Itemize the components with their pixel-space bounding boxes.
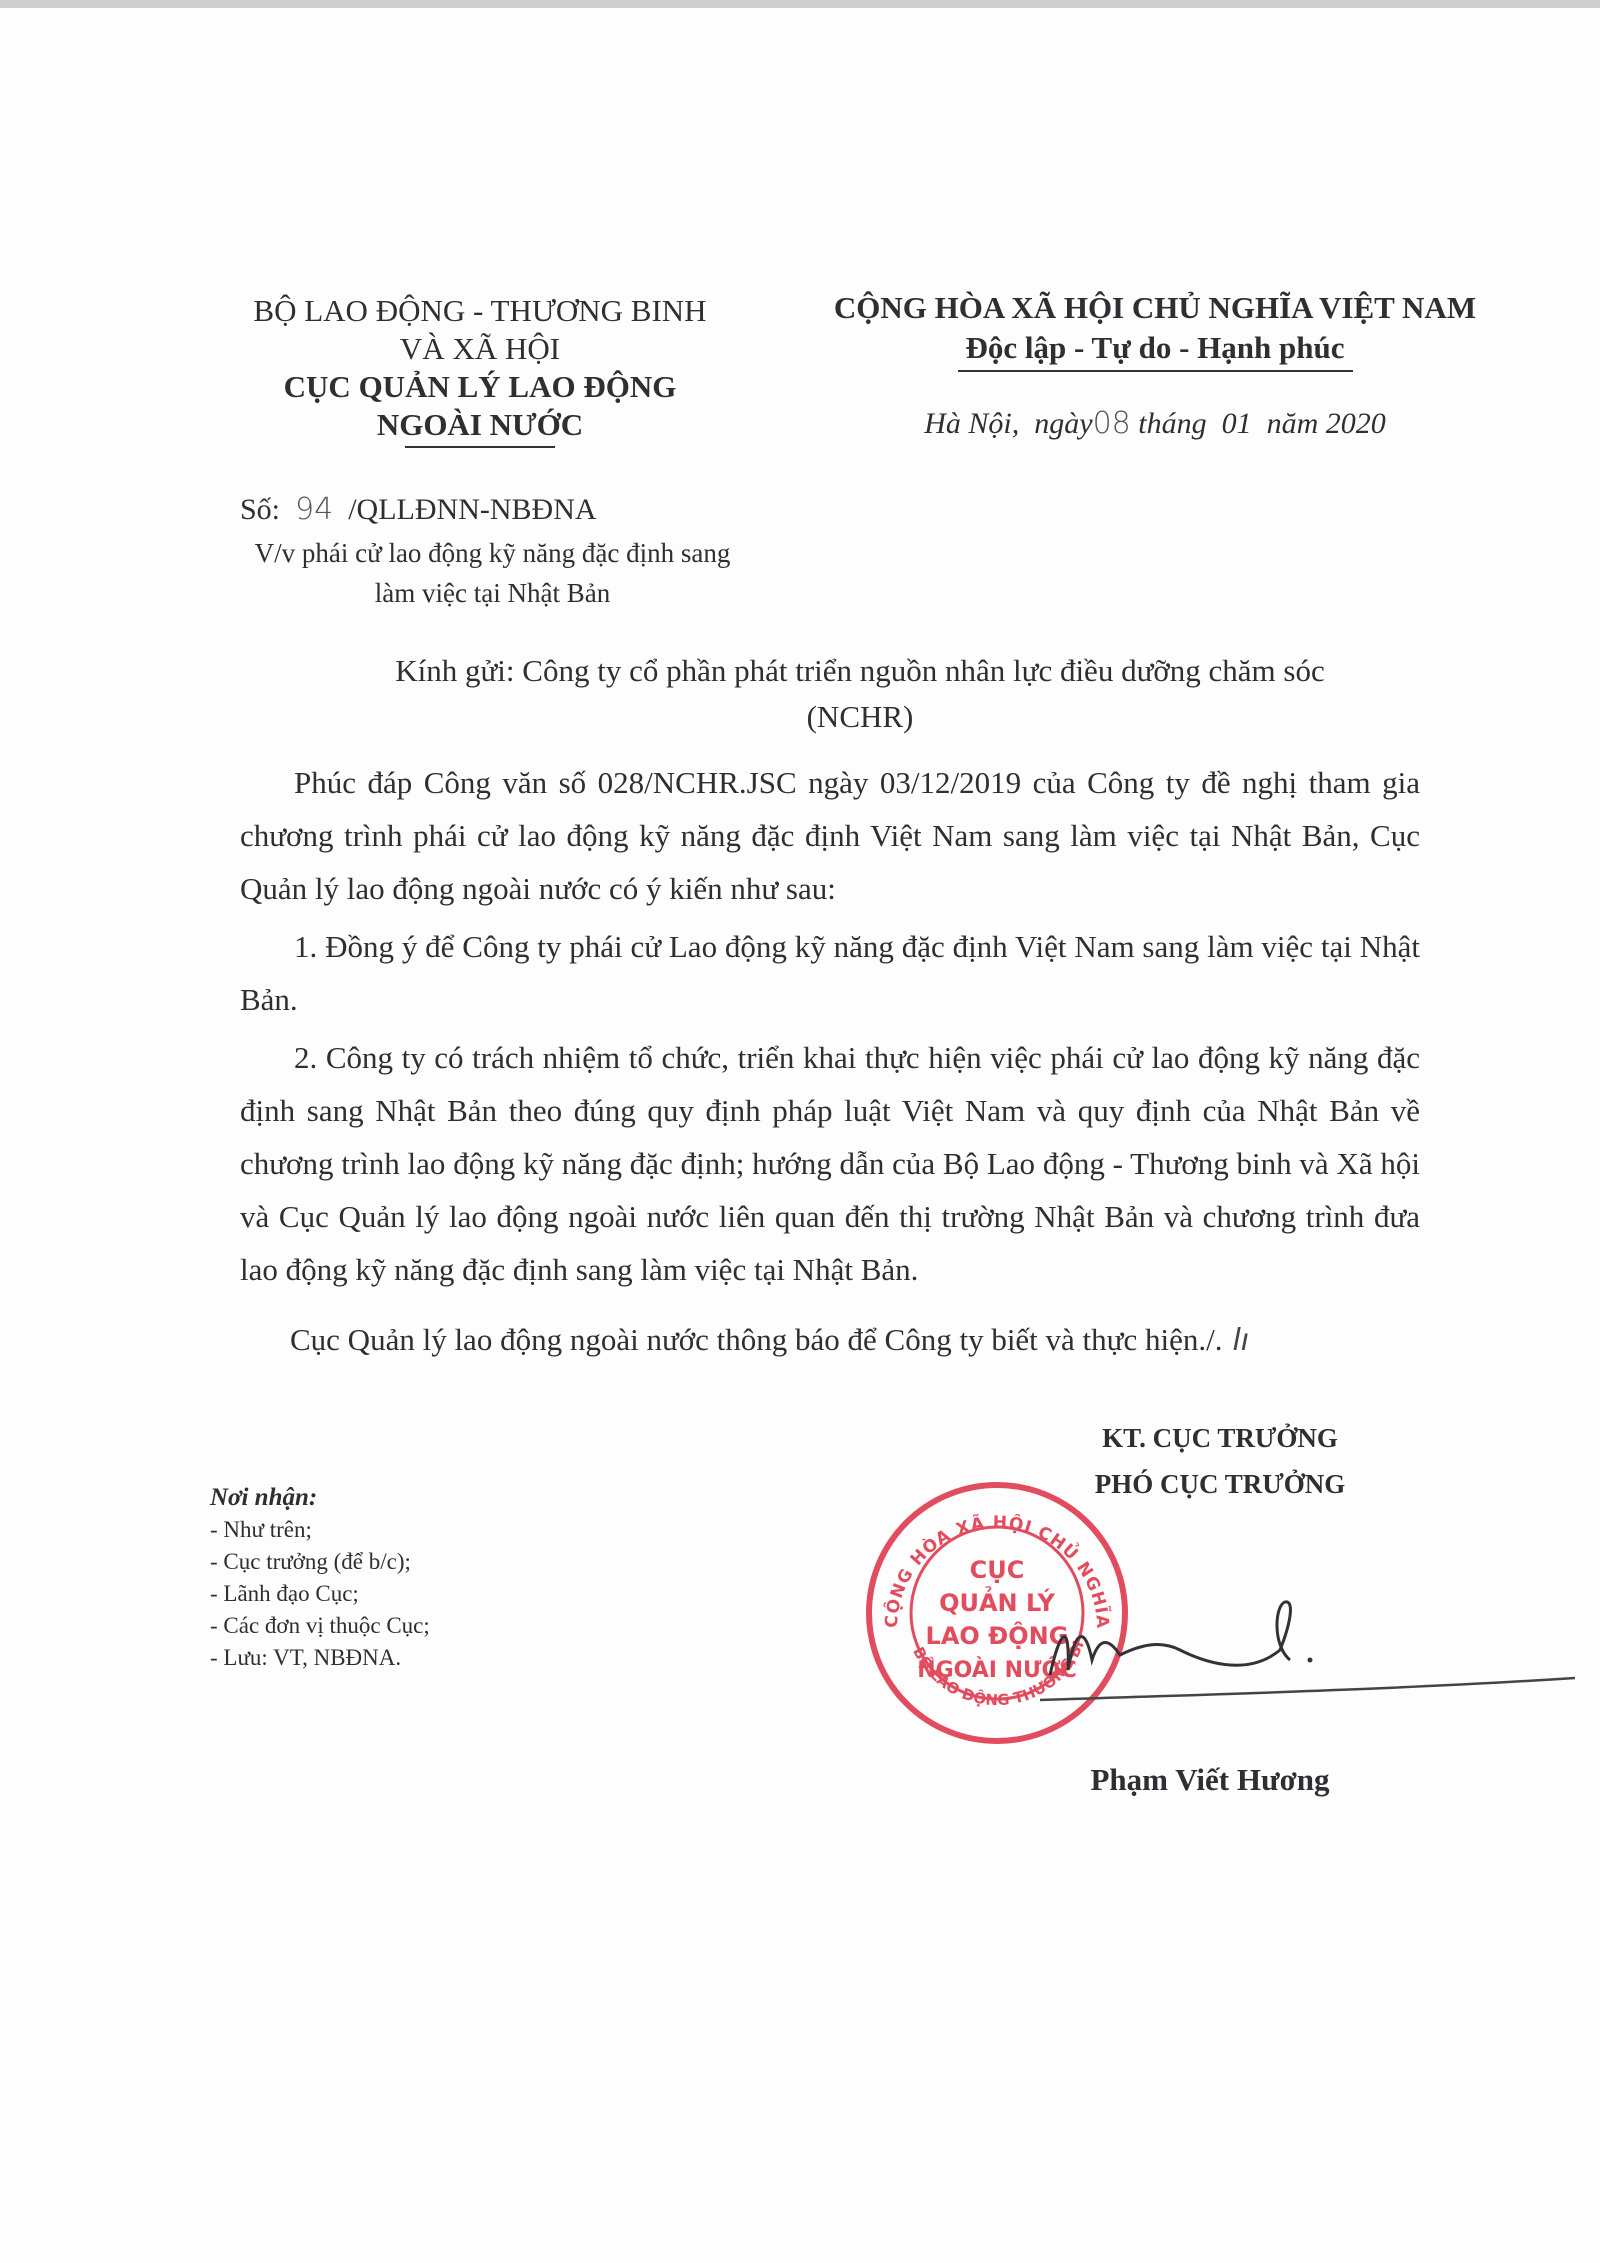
distribution-item: - Như trên; — [210, 1514, 430, 1546]
subject: V/v phái cử lao động kỹ năng đặc định sa… — [220, 533, 765, 613]
addressee: Kính gửi: Công ty cổ phần phát triển ngu… — [270, 648, 1450, 740]
initials-mark: lı — [1232, 1323, 1249, 1358]
department-line1: CỤC QUẢN LÝ LAO ĐỘNG — [220, 368, 740, 406]
number-code: /QLLĐNN-NBĐNA — [348, 493, 596, 526]
stamp-center-line1: CỤC — [970, 1556, 1025, 1584]
motto-underline — [958, 370, 1353, 372]
title-line1: KT. CỤC TRƯỞNG — [1050, 1415, 1390, 1461]
document-date: Hà Nội, ngày08 tháng 01 năm 2020 — [790, 406, 1520, 441]
document-number: Số: 94 /QLLĐNN-NBĐNA — [240, 492, 597, 527]
department-line2: NGOÀI NƯỚC — [220, 406, 740, 444]
number-label: Số: — [240, 493, 280, 526]
motto: Độc lập - Tự do - Hạnh phúc — [790, 328, 1520, 368]
date-month: 01 — [1222, 407, 1252, 440]
ministry-line1: BỘ LAO ĐỘNG - THƯƠNG BINH — [220, 292, 740, 330]
date-day: 08 — [1093, 406, 1131, 441]
national-header: CỘNG HÒA XÃ HỘI CHỦ NGHĨA VIỆT NAM Độc l… — [790, 288, 1520, 372]
paragraph-item-2: 2. Công ty có trách nhiệm tổ chức, triển… — [240, 1031, 1420, 1296]
closing-line: Cục Quản lý lao động ngoài nước thông bá… — [290, 1322, 1249, 1358]
distribution-item: - Các đơn vị thuộc Cục; — [210, 1610, 430, 1642]
agency-underline — [405, 446, 555, 448]
paragraph-item-1: 1. Đồng ý để Công ty phái cử Lao động kỹ… — [240, 920, 1420, 1026]
addressee-line2: (NCHR) — [270, 694, 1450, 740]
date-day-label: ngày — [1034, 407, 1092, 440]
closing-text: Cục Quản lý lao động ngoài nước thông bá… — [290, 1322, 1222, 1357]
date-year: 2020 — [1326, 407, 1386, 440]
distribution-list: Nơi nhận: - Như trên; - Cục trưởng (để b… — [210, 1482, 430, 1674]
distribution-item: - Lãnh đạo Cục; — [210, 1578, 430, 1610]
country-name: CỘNG HÒA XÃ HỘI CHỦ NGHĨA VIỆT NAM — [790, 288, 1520, 328]
scan-edge — [0, 0, 1600, 8]
paragraph-reply: Phúc đáp Công văn số 028/NCHR.JSC ngày 0… — [240, 756, 1420, 915]
distribution-label: Nơi nhận: — [210, 1482, 430, 1514]
subject-line2: làm việc tại Nhật Bản — [220, 573, 765, 613]
stamp-center-line2: QUẢN LÝ — [939, 1584, 1055, 1617]
distribution-item: - Cục trưởng (để b/c); — [210, 1546, 430, 1578]
handwritten-signature — [1040, 1590, 1580, 1710]
date-year-label: năm — [1267, 407, 1319, 440]
letter-body: Phúc đáp Công văn số 028/NCHR.JSC ngày 0… — [240, 756, 1420, 1301]
ministry-line2: VÀ XÃ HỘI — [220, 330, 740, 368]
number-handwritten: 94 — [295, 492, 333, 527]
addressee-line1: Kính gửi: Công ty cổ phần phát triển ngu… — [270, 648, 1450, 694]
date-place: Hà Nội, — [924, 407, 1019, 440]
signer-name: Phạm Viết Hương — [1040, 1762, 1380, 1798]
issuing-agency: BỘ LAO ĐỘNG - THƯƠNG BINH VÀ XÃ HỘI CỤC … — [220, 292, 740, 448]
date-month-label: tháng — [1138, 407, 1206, 440]
distribution-item: - Lưu: VT, NBĐNA. — [210, 1642, 430, 1674]
subject-line1: V/v phái cử lao động kỹ năng đặc định sa… — [220, 533, 765, 573]
